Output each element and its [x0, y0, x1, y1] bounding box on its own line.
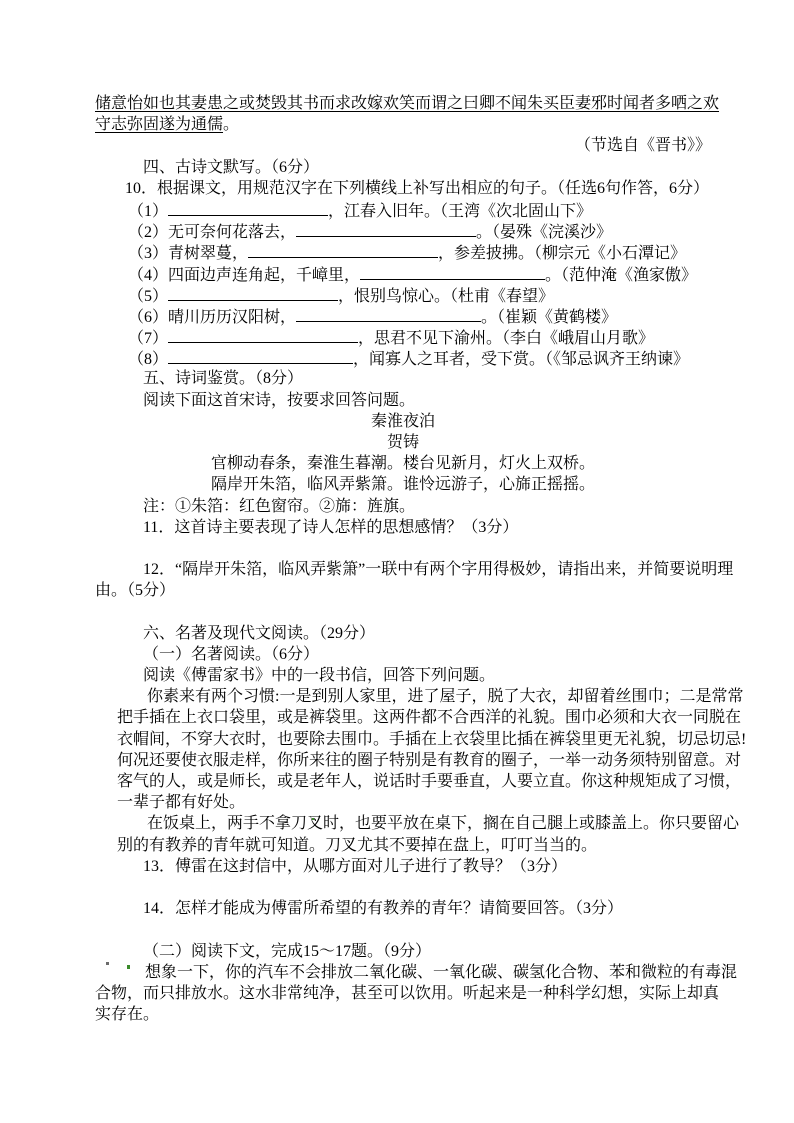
text-segment: 阅读下面这首宋诗，按要求回答问题。 [143, 392, 415, 409]
text-segment: 12．“隔岸开朱箔，临风弄紫箫”一联中有两个字用得极妙，请指出来，并简要说明理 [143, 561, 733, 578]
stray-mark-green-small [312, 818, 314, 820]
reading-passage-line-3: 实存在。 [95, 1004, 711, 1025]
text-segment: 客气的人，或是师长，或是老年人，说话时手要垂直，人要立直。你这种规矩成了习惯， [117, 773, 741, 790]
text-segment: （一）名著阅读。（6分） [143, 646, 319, 663]
poem-line-2: 隔岸开朱箔，临风弄紫箫。谁怜远游子，心旆正摇摇。 [95, 474, 711, 495]
text-segment: 官柳动春条，秦淮生暮潮。楼台见新月，灯火上双桥。 [211, 455, 595, 472]
text-segment: 五、诗词鉴赏。（8分） [143, 370, 303, 387]
text-segment: 隔岸开朱箔，临风弄紫箫。谁怜远游子，心旆正摇摇。 [211, 476, 595, 493]
answer-blank [360, 263, 545, 280]
text-segment: 10．根据课文，用规范汉字在下列横线上补写出相应的句子。（任选6句作答，6分） [125, 180, 709, 197]
stray-mark-gray [106, 962, 109, 965]
text-segment: （5） [128, 288, 168, 305]
answer-blank [168, 284, 338, 301]
text-segment: 想象一下，你的汽车不会排放二氧化碳、一氧化碳、碳氢化合物、苯和微粒的有毒混 [145, 964, 737, 981]
section-4-heading: 四、古诗文默写。（6分） [95, 157, 711, 178]
answer-blank [168, 347, 353, 364]
text-segment: 14．怎样才能成为傅雷所希望的有教养的青年？请简要回答。（3分） [143, 900, 623, 917]
letter-line-6: 一辈子都有好处。 [117, 792, 711, 813]
text-segment: 实存在。 [95, 1006, 159, 1023]
document-body: 储意怡如也其妻患之或焚毁其书而求改嫁欢笑而谓之曰卿不闻朱买臣妻邪时闻者多哂之欢守… [95, 93, 711, 1025]
answer-blank [296, 305, 481, 322]
letter-line-1: 你素来有两个习惯:一是到别人家里，进了屋子，脱了大衣，却留着丝围巾；二是常常 [117, 686, 711, 707]
text-segment: ，闻寡人之耳者，受下赏。（《邹忌讽齐王纳谏》 [353, 351, 689, 368]
text-segment: 。（范仲淹《渔家傲》 [545, 267, 697, 284]
text-segment: 。（崔颖《黄鹤楼》 [481, 309, 617, 326]
text-segment: （2）无可奈何花落去， [128, 224, 296, 241]
section-5-heading: 五、诗词鉴赏。（8分） [95, 368, 711, 389]
dictation-item-2: （2）无可奈何花落去，。（晏殊《浣溪沙》 [95, 220, 711, 241]
text-segment: （1） [128, 203, 168, 220]
dictation-item-5: （5），恨别鸟惊心。（杜甫《春望》 [95, 284, 711, 305]
spacer [95, 602, 711, 623]
answer-blank [168, 326, 358, 343]
question-13: 13．傅雷在这封信中，从哪方面对儿子进行了教导？（3分） [95, 856, 711, 877]
letter-line-3: 衣帽间，不穿大衣时，也要除去围巾。手插在上衣袋里比插在裤袋里更无礼貌，切忌切忌! [117, 729, 711, 750]
dictation-item-3: （3）青树翠蔓，，参差披拂。（柳宗元《小石潭记》 [95, 241, 711, 262]
dictation-item-4: （4）四面边声连角起，千嶂里，。（范仲淹《渔家傲》 [95, 263, 711, 284]
text-segment: 守志弥固遂为通儒 [95, 116, 223, 133]
question-10: 10．根据课文，用规范汉字在下列横线上补写出相应的句子。（任选6句作答，6分） [95, 178, 711, 199]
text-segment: 11．这首诗主要表现了诗人怎样的思想感情？（3分） [143, 519, 518, 536]
text-segment: 储意怡如也其妻患之或焚毁其书而求改嫁欢笑而谓之曰卿不闻朱买臣妻邪时闻者多哂之欢 [95, 95, 719, 112]
dictation-item-8: （8），闻寡人之耳者，受下赏。（《邹忌讽齐王纳谏》 [95, 347, 711, 368]
dictation-item-6: （6）晴川历历汉阳树，。（崔颖《黄鹤楼》 [95, 305, 711, 326]
text-segment: 贺铸 [387, 434, 419, 451]
poem-note: 注：①朱箔：红色窗帘。②旆：旌旗。 [95, 496, 711, 517]
text-segment: （3）青树翠蔓， [128, 245, 248, 262]
question-12-line-2: 由。（5分） [95, 580, 711, 601]
spacer [95, 877, 711, 898]
text-segment: ，江春入旧年。（王湾《次北固山下》 [328, 203, 592, 220]
poem-line-1: 官柳动春条，秦淮生暮潮。楼台见新月，灯火上双桥。 [95, 453, 711, 474]
text-segment: （节选自《晋书》》 [575, 137, 711, 154]
text-segment: （6）晴川历历汉阳树， [128, 309, 296, 326]
spacer [95, 919, 711, 940]
passage-line-1: 储意怡如也其妻患之或焚毁其书而求改嫁欢笑而谓之曰卿不闻朱买臣妻邪时闻者多哂之欢 [95, 93, 711, 114]
section-6-2-heading: （二）阅读下文，完成15～17题。（9分） [95, 941, 711, 962]
reading-passage-line-2: 合物，而只排放水。这水非常纯净，甚至可以饮用。听起来是一种科学幻想，实际上却真 [95, 983, 711, 1004]
letter-line-2: 把手插在上衣口袋里，或是裤袋里。这两件都不合西洋的礼貌。围巾必须和大衣一同脱在 [117, 707, 711, 728]
letter-line-4: 何况还要使衣服走样，你所来往的圈子特别是有教育的圈子，一举一动务须特别留意。对 [117, 750, 711, 771]
text-segment: 别的有教养的青年就可知道。刀叉尤其不要掉在盘上，叮叮当当的。 [117, 837, 597, 854]
passage-line-2: 守志弥固遂为通儒。 [95, 114, 711, 135]
answer-blank [296, 220, 476, 237]
text-segment: 何况还要使衣服走样，你所来往的圈子特别是有教育的圈子，一举一动务须特别留意。对 [117, 752, 741, 769]
text-segment: 由。（5分） [95, 582, 175, 599]
poem-title: 秦淮夜泊 [95, 411, 711, 432]
question-11: 11．这首诗主要表现了诗人怎样的思想感情？（3分） [95, 517, 711, 538]
reading-passage-line-1: 想象一下，你的汽车不会排放二氧化碳、一氧化碳、碳氢化合物、苯和微粒的有毒混 [95, 962, 711, 983]
question-12-line-1: 12．“隔岸开朱箔，临风弄紫箫”一联中有两个字用得极妙，请指出来，并简要说明理 [95, 559, 711, 580]
text-segment: 13．傅雷在这封信中，从哪方面对儿子进行了教导？（3分） [143, 858, 567, 875]
text-segment: 注：①朱箔：红色窗帘。②旆：旌旗。 [143, 498, 415, 515]
dictation-item-1: （1），江春入旧年。（王湾《次北固山下》 [95, 199, 711, 220]
text-segment: （7） [128, 330, 168, 347]
poem-author: 贺铸 [95, 432, 711, 453]
text-segment: 六、名著及现代文阅读。（29分） [143, 625, 375, 642]
section-6-1-intro: 阅读《傅雷家书》中的一段书信，回答下列问题。 [95, 665, 711, 686]
spacer [95, 538, 711, 559]
section-6-1-heading: （一）名著阅读。（6分） [95, 644, 711, 665]
text-segment: 四、古诗文默写。（6分） [143, 159, 319, 176]
text-segment: （8） [128, 351, 168, 368]
text-segment: 合物，而只排放水。这水非常纯净，甚至可以饮用。听起来是一种科学幻想，实际上却真 [95, 985, 719, 1002]
section-5-intro: 阅读下面这首宋诗，按要求回答问题。 [95, 390, 711, 411]
text-segment: 。（晏殊《浣溪沙》 [476, 224, 612, 241]
question-14: 14．怎样才能成为傅雷所希望的有教养的青年？请简要回答。（3分） [95, 898, 711, 919]
text-segment: ，思君不见下渝州。（李白《峨眉山月歌》 [358, 330, 654, 347]
letter-line-5: 客气的人，或是师长，或是老年人，说话时手要垂直，人要立直。你这种规矩成了习惯， [117, 771, 711, 792]
text-segment: 衣帽间，不穿大衣时，也要除去围巾。手插在上衣袋里比插在裤袋里更无礼貌，切忌切忌! [117, 731, 746, 748]
text-segment: ，恨别鸟惊心。（杜甫《春望》 [338, 288, 554, 305]
exam-paper-page: 储意怡如也其妻患之或焚毁其书而求改嫁欢笑而谓之曰卿不闻朱买臣妻邪时闻者多哂之欢守… [0, 0, 794, 1123]
text-segment: （二）阅读下文，完成15～17题。（9分） [143, 943, 431, 960]
text-segment: 阅读《傅雷家书》中的一段书信，回答下列问题。 [143, 667, 495, 684]
text-segment: 在饭桌上，两手不拿刀叉时，也要平放在桌下，搁在自己腿上或膝盖上。你只要留心 [147, 815, 739, 832]
section-6-heading: 六、名著及现代文阅读。（29分） [95, 623, 711, 644]
dictation-item-7: （7），思君不见下渝州。（李白《峨眉山月歌》 [95, 326, 711, 347]
text-segment: 你素来有两个习惯:一是到别人家里，进了屋子，脱了大衣，却留着丝围巾；二是常常 [147, 688, 743, 705]
text-segment: 秦淮夜泊 [371, 413, 435, 430]
text-segment: ，参差披拂。（柳宗元《小石潭记》 [438, 245, 686, 262]
letter-line-7: 在饭桌上，两手不拿刀叉时，也要平放在桌下，搁在自己腿上或膝盖上。你只要留心 [117, 813, 711, 834]
letter-line-8: 别的有教养的青年就可知道。刀叉尤其不要掉在盘上，叮叮当当的。 [117, 835, 711, 856]
text-segment: 把手插在上衣口袋里，或是裤袋里。这两件都不合西洋的礼貌。围巾必须和大衣一同脱在 [117, 709, 741, 726]
text-segment: 。 [223, 116, 239, 133]
text-segment: （4）四面边声连角起，千嶂里， [128, 267, 360, 284]
answer-blank [248, 241, 438, 258]
answer-blank [168, 199, 328, 216]
text-segment: 一辈子都有好处。 [117, 794, 245, 811]
stray-mark-green [127, 965, 130, 969]
passage-source: （节选自《晋书》》 [95, 135, 711, 156]
